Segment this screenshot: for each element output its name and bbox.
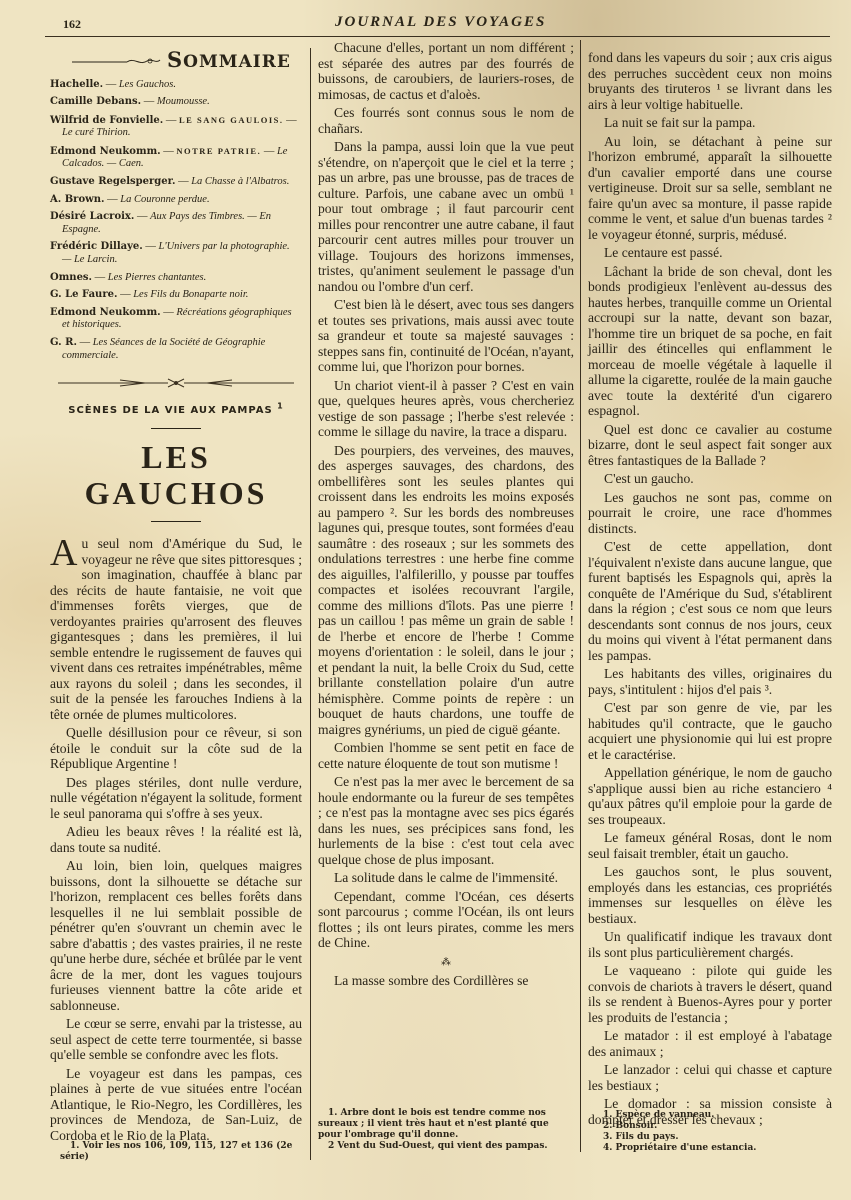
drop-cap: A: [50, 538, 77, 568]
right-column: fond dans les vapeurs du soir ; aux cris…: [588, 50, 832, 1130]
article-paragraph: Au loin, se détachant à peine sur l'hori…: [588, 134, 832, 243]
article-paragraph: C'est de cette appellation, dont l'équiv…: [588, 539, 832, 663]
sommaire-item: Camille Debans. — Moumousse.: [50, 96, 302, 109]
journal-title: JOURNAL DES VOYAGES: [335, 14, 546, 31]
sommaire-heading: SOMMAIRE: [50, 52, 302, 71]
article-title: LES GAUCHOS: [50, 439, 302, 511]
article-paragraph: Quelle désillusion pour ce rêveur, si so…: [50, 725, 302, 772]
article-paragraph: Combien l'homme se sent petit en face de…: [318, 740, 574, 771]
article-paragraph: Les habitants des villes, originaires du…: [588, 666, 832, 697]
article-paragraph: Appellation générique, le nom de gaucho …: [588, 765, 832, 827]
sommaire-item: Hachelle. — Les Gauchos.: [50, 79, 302, 92]
article-paragraph: C'est un gaucho.: [588, 471, 832, 487]
footnote: 3. Fils du pays.: [593, 1132, 833, 1143]
left-column: SOMMAIRE Hachelle. — Les Gauchos. Camill…: [50, 40, 302, 1146]
article-paragraph: Un chariot vient-il à passer ? C'est en …: [318, 378, 574, 440]
sommaire-list: Hachelle. — Les Gauchos. Camille Debans.…: [50, 79, 302, 363]
left-footnotes: 1. Voir les nos 106, 109, 115, 127 et 13…: [60, 1141, 305, 1163]
sommaire-item: Gustave Regelsperger. — La Chasse à l'Al…: [50, 176, 302, 189]
article-paragraph: Adieu les beaux rêves ! la réalité est l…: [50, 824, 302, 855]
article-paragraph: Dans la pampa, aussi loin que la vue peu…: [318, 139, 574, 294]
article-paragraph: Le centaure est passé.: [588, 245, 832, 261]
article-paragraph: Lâchant la bride de son cheval, dont les…: [588, 264, 832, 419]
article-paragraph: La masse sombre des Cordillères se: [318, 973, 574, 989]
sommaire-item: G. R. — Les Séances de la Société de Géo…: [50, 337, 302, 362]
kicker-rule: [151, 428, 201, 429]
sommaire-item: Désiré Lacroix. — Aux Pays des Timbres. …: [50, 211, 302, 236]
sommaire-item: Edmond Neukomm. — Récréations géographiq…: [50, 307, 302, 332]
article-paragraph: Le cœur se serre, envahi par la tristess…: [50, 1016, 302, 1063]
title-rule: [151, 521, 201, 522]
divider-ornament-icon: [50, 377, 302, 389]
footnote: 1. Voir les nos 106, 109, 115, 127 et 13…: [60, 1141, 305, 1163]
article-kicker: SCÈNES DE LA VIE AUX PAMPAS 1: [50, 403, 302, 419]
article-paragraph: Le fameux général Rosas, dont le nom seu…: [588, 830, 832, 861]
article-paragraph: Les gauchos ne sont pas, comme on pourra…: [588, 490, 832, 537]
article-paragraph: Les gauchos sont, le plus souvent, emplo…: [588, 864, 832, 926]
column-divider-right: [580, 40, 581, 1152]
sommaire-item: Frédéric Dillaye. — L'Univers par la pho…: [50, 241, 302, 266]
sommaire-item: Wilfrid de Fonvielle. — LE SANG GAULOIS.…: [50, 114, 302, 140]
footnote: 2. Bonsoir.: [593, 1121, 833, 1132]
article-paragraph: Le matador : il est employé à l'abatage …: [588, 1028, 832, 1059]
article-paragraph: fond dans les vapeurs du soir ; aux cris…: [588, 50, 832, 112]
middle-column: Chacune d'elles, portant un nom différen…: [318, 40, 574, 991]
article-paragraph: Au loin, bien loin, quelques maigres bui…: [50, 858, 302, 1013]
article-paragraph: C'est par son genre de vie, par les habi…: [588, 700, 832, 762]
sommaire-item: Edmond Neukomm. — NOTRE PATRIE. — Le Cal…: [50, 145, 302, 171]
right-footnotes: 1. Espèce de vanneau. 2. Bonsoir. 3. Fil…: [593, 1110, 833, 1154]
article-paragraph: Ce n'est pas la mer avec le bercement de…: [318, 774, 574, 867]
article-paragraph: La nuit se fait sur la pampa.: [588, 115, 832, 131]
article-paragraph: Un qualificatif indique les travaux dont…: [588, 929, 832, 960]
article-paragraph: Des plages stériles, dont nulle verdure,…: [50, 775, 302, 822]
footnote: 2 Vent du Sud-Ouest, qui vient des pampa…: [318, 1141, 574, 1152]
page-number: 162: [63, 17, 81, 32]
article-paragraph: Chacune d'elles, portant un nom différen…: [318, 40, 574, 102]
sommaire-item: G. Le Faure. — Les Fils du Bonaparte noi…: [50, 289, 302, 302]
sommaire-item: Omnes. — Les Pierres chantantes.: [50, 272, 302, 285]
sommaire-title: SOMMAIRE: [167, 52, 291, 71]
middle-footnotes: 1. Arbre dont le bois est tendre comme n…: [318, 1108, 574, 1152]
footnote: 4. Propriétaire d'une estancia.: [593, 1143, 833, 1154]
article-paragraph: Quel est donc ce cavalier au costume biz…: [588, 422, 832, 469]
footnote: 1. Arbre dont le bois est tendre comme n…: [318, 1108, 574, 1141]
footnote: 1. Espèce de vanneau.: [593, 1110, 833, 1121]
article-paragraph: C'est bien là le désert, avec tous ses d…: [318, 297, 574, 375]
article-paragraph: Le lanzador : celui qui chasse et captur…: [588, 1062, 832, 1093]
article-paragraph: Ces fourrés sont connus sous le nom de c…: [318, 105, 574, 136]
flourish-ornament-icon: [72, 56, 167, 66]
article-paragraph: Au seul nom d'Amérique du Sud, le voyage…: [50, 536, 302, 722]
article-paragraph: La solitude dans le calme de l'immensité…: [318, 870, 574, 886]
article-paragraph: Des pourpiers, des verveines, des mauves…: [318, 443, 574, 738]
article-paragraph: Le vaqueano : pilote qui guide les convo…: [588, 963, 832, 1025]
section-break-asterism: ⁂: [318, 959, 574, 967]
article-paragraph: Cependant, comme l'Océan, ces déserts so…: [318, 889, 574, 951]
page-header: 162 JOURNAL DES VOYAGES: [45, 8, 830, 37]
article-paragraph: Le voyageur est dans les pampas, ces pla…: [50, 1066, 302, 1144]
sommaire-item: A. Brown. — La Couronne perdue.: [50, 194, 302, 207]
column-divider-left: [310, 48, 311, 1160]
